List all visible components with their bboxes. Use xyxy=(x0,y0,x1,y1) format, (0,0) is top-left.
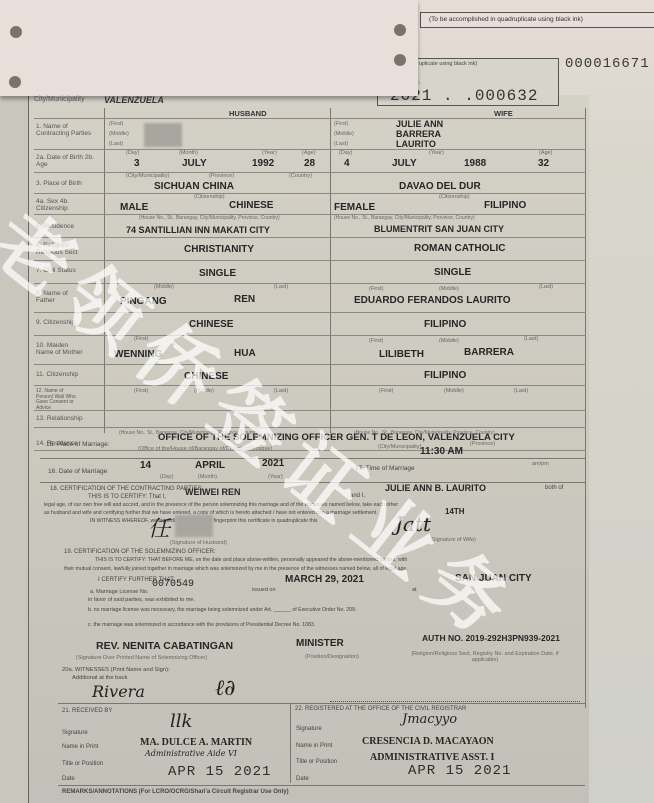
wife-signature-caption: (Signature of Wife) xyxy=(430,537,476,543)
punch-hole xyxy=(394,54,406,66)
wife-signature: Jatt xyxy=(395,512,431,536)
husband-residence: 74 SANTILLIAN INN MAKATI CITY xyxy=(126,225,270,235)
address-caption: (House No., St., Barangay, City/Municipa… xyxy=(334,215,475,221)
issued-on-date: MARCH 29, 2021 xyxy=(285,574,364,585)
row-father-citizenship: 9. Citizenship CHINESE FILIPINO xyxy=(34,313,586,336)
husband-father-citizenship: CHINESE xyxy=(189,319,233,330)
husband-birth-day: 3 xyxy=(134,158,140,169)
first-caption: (First) xyxy=(379,388,393,394)
cert-officer-title: 19. CERTIFICATION OF THE SOLEMNIZING OFF… xyxy=(64,549,216,555)
row-name: 1. Name of Contracting Parties (First) (… xyxy=(34,119,586,150)
wife-religion: ROMAN CATHOLIC xyxy=(414,243,505,254)
date-of-marriage-label: 16. Date of Marriage xyxy=(48,468,107,475)
city-caption: (City/Municipality) xyxy=(126,173,169,179)
received-date-stamp: APR 15 2021 xyxy=(168,764,271,780)
row-father: 8. Name of Father (Middle) (Last) PINGAN… xyxy=(34,284,586,313)
at-label: at xyxy=(412,587,417,593)
day-caption: (Day) xyxy=(160,474,173,480)
position-caption: (Position/Designation) xyxy=(305,654,359,660)
husband-mother-first: WENNING xyxy=(114,349,162,360)
divider xyxy=(40,482,585,483)
wife-age: 32 xyxy=(538,158,549,169)
marriage-month: APRIL xyxy=(195,460,225,471)
country-caption: (Country) xyxy=(289,173,312,179)
husband-header: HUSBAND xyxy=(229,109,267,118)
divider xyxy=(58,785,585,786)
row-relationship: 13. Relationship xyxy=(34,411,586,428)
middle-caption: (Middle) xyxy=(334,131,354,137)
last-caption: (Last) xyxy=(524,336,538,342)
middle-caption: (Middle) xyxy=(109,131,129,137)
sex-citizenship-label: 4a. Sex 4b. Citizenship xyxy=(36,198,91,212)
registered-date-stamp: APR 15 2021 xyxy=(408,763,511,779)
cert-parties-line2: legal age, of our own free will and acco… xyxy=(44,502,584,508)
witnesses-sub: Additional at the back xyxy=(72,675,127,681)
middle-caption: (Middle) xyxy=(444,388,464,394)
mother-label: 10. Maiden Name of Mother xyxy=(36,342,86,356)
husband-birth-month: JULY xyxy=(182,158,207,169)
birth-label: 2a. Date of Birth 2b. Age xyxy=(36,154,96,168)
first-caption: (First) xyxy=(369,338,383,344)
cert-officer-line1: THIS IS TO CERTIFY: THAT BEFORE ME, on t… xyxy=(95,557,585,563)
officer-caption: (Signature Over Printed Name of Solemniz… xyxy=(76,655,207,661)
last-caption: (Last) xyxy=(274,284,288,290)
punch-hole xyxy=(9,76,21,88)
wife-birth-day: 4 xyxy=(344,158,350,169)
party-details: HUSBAND WIFE 1. Name of Contracting Part… xyxy=(34,108,586,451)
first-caption: (First) xyxy=(334,121,348,127)
remarks-label: REMARKS/ANNOTATIONS (For LCRO/OCRG/Shari… xyxy=(62,789,289,795)
month-caption: (Month) xyxy=(179,150,198,156)
husband-mother-citizenship: CHINESE xyxy=(184,371,228,382)
registered-name: CRESENCIA D. MACAYAON xyxy=(362,736,494,747)
punch-hole xyxy=(394,24,406,36)
first-caption: (First) xyxy=(134,336,148,342)
place-of-marriage-value: OFFICE OF THE SOLEMNIZING OFFICER GEN. T… xyxy=(158,432,515,443)
divider xyxy=(40,458,585,459)
received-by-title: 21. RECEIVED BY xyxy=(62,708,112,714)
husband-father-first: PINGANG xyxy=(120,296,167,307)
and-label: and I, xyxy=(350,493,365,499)
officer-name: REV. NENITA CABATINGAN xyxy=(96,640,233,652)
received-name: MA. DULCE A. MARTIN xyxy=(140,737,252,748)
wife-header: WIFE xyxy=(494,109,513,118)
license-note: in favor of said parties, was exhibited … xyxy=(88,597,195,603)
religion-label: 6. Religion/ Religious Sect xyxy=(36,242,91,256)
relationship-label: 13. Relationship xyxy=(36,415,83,422)
row-sex-citizenship: 4a. Sex 4b. Citizenship (Citizenship) MA… xyxy=(34,194,586,215)
received-signature-label: Signature xyxy=(62,730,88,736)
registered-title-label: Title or Position xyxy=(296,759,337,765)
last-caption: (Last) xyxy=(274,388,288,394)
husband-civil-status: SINGLE xyxy=(199,268,236,279)
registered-name-label: Name in Print xyxy=(296,743,332,749)
name-label: 1. Name of Contracting Parties xyxy=(36,123,96,137)
place-of-birth-label: 3. Place of Birth xyxy=(36,180,82,187)
cert-parties-line1: THIS IS TO CERTIFY: That I, xyxy=(88,494,166,500)
witnesses-label: 20a. WITNESSES (Print Name and Sign): xyxy=(62,667,170,673)
issued-on-label: issued on xyxy=(252,587,276,593)
first-caption: (First) xyxy=(369,286,383,292)
husband-age: 28 xyxy=(304,158,315,169)
middle-caption: (Middle) xyxy=(439,338,459,344)
officer-position: MINISTER xyxy=(296,638,344,649)
day-written: 14TH xyxy=(445,507,465,516)
issued-at: SAN JUAN CITY xyxy=(455,573,532,584)
husband-birth-year: 1992 xyxy=(252,158,274,169)
wife-mother-last: BARRERA xyxy=(464,347,514,358)
marriage-year: 2021 xyxy=(262,458,284,469)
row-residence: 5. Residence (House No., St., Barangay, … xyxy=(34,215,586,238)
day-caption: (Day) xyxy=(339,150,352,156)
wife-last-name: LAURITO xyxy=(396,139,436,149)
place-of-marriage-label: 15. Place of Marriage: xyxy=(46,441,110,448)
time-of-marriage-label: 17. Time of Marriage xyxy=(355,465,415,472)
cert-officer-line2: their mutual consent, lawfully joined to… xyxy=(64,566,584,572)
received-name-label: Name in Print xyxy=(62,744,98,750)
wife-mother-citizenship: FILIPINO xyxy=(424,370,466,381)
cert-parties-title: 18. CERTIFICATION OF THE CONTRACTING PAR… xyxy=(50,486,203,492)
row-mother-citizenship: 11. Citizenship CHINESE FILIPINO xyxy=(34,365,586,386)
registered-date-label: Date xyxy=(296,776,309,782)
option-c: c. the marriage was solemnized in accord… xyxy=(88,622,315,628)
redacted-husband-name xyxy=(144,123,182,147)
father-label: 8. Name of Father xyxy=(36,290,86,304)
divider xyxy=(58,703,585,704)
first-caption: (First) xyxy=(134,388,148,394)
civil-status-label: 7. Civil Status xyxy=(36,267,76,274)
husband-mother-last: HUA xyxy=(234,348,256,359)
last-caption: (Last) xyxy=(539,284,553,290)
wife-birth-month: JULY xyxy=(392,158,417,169)
wife-residence: BLUMENTRIT SAN JUAN CITY xyxy=(374,224,504,234)
middle-caption: (Middle) xyxy=(194,388,214,394)
registered-signature: Jmacyyo xyxy=(402,712,457,727)
license-label: a. Marriage License No. xyxy=(90,589,148,595)
city-caption: (City/Municipality) xyxy=(378,444,421,450)
registered-signature-label: Signature xyxy=(296,726,322,732)
wife-signatory-name: JULIE ANN B. LAURITO xyxy=(385,483,486,493)
row-civil-status: 7. Civil Status SINGLE SINGLE xyxy=(34,261,586,284)
husband-place-of-birth: SICHUAN CHINA xyxy=(154,181,234,192)
father-citizenship-label: 9. Citizenship xyxy=(36,319,75,326)
day-caption: (Day) xyxy=(126,150,139,156)
wife-sex: FEMALE xyxy=(334,202,375,213)
wife-civil-status: SINGLE xyxy=(434,267,471,278)
witness-signature: Rivera xyxy=(92,682,145,701)
column-headers: HUSBAND WIFE xyxy=(34,108,586,119)
received-title: Administrative Aide VI xyxy=(145,749,237,758)
citizenship-caption: (Citizenship) xyxy=(439,194,470,200)
wife-citizenship: FILIPINO xyxy=(484,200,526,211)
row-mother: 10. Maiden Name of Mother (First) WENNIN… xyxy=(34,336,586,365)
province-caption: (Province) xyxy=(470,441,495,447)
last-caption: (Last) xyxy=(109,141,123,147)
middle-caption: (Middle) xyxy=(439,286,459,292)
punch-hole xyxy=(10,26,22,38)
serial-number: 000016671 xyxy=(565,56,650,72)
received-title-label: Title or Position xyxy=(62,761,103,767)
year-caption: (Year) xyxy=(268,474,283,480)
column-divider xyxy=(290,703,291,783)
city-label: City/Municipality xyxy=(34,96,85,103)
registered-title: ADMINISTRATIVE ASST. I xyxy=(370,752,494,763)
last-caption: (Last) xyxy=(334,141,348,147)
address-caption: (House No., St., Barangay, City/Municipa… xyxy=(139,215,280,221)
year-caption: (Year) xyxy=(429,150,444,156)
mother-citizenship-label: 11. Citizenship xyxy=(36,371,78,378)
consent-label: 12. Name of Person/ Wali Who Gave Consen… xyxy=(36,389,81,411)
auth-number: AUTH NO. 2019-292H3PN939-2021 xyxy=(422,633,560,643)
husband-signature-caption: (Signature of Husband) xyxy=(170,540,227,546)
witness-signature-2: ℓ∂ xyxy=(215,675,236,701)
row-birth: 2a. Date of Birth 2b. Age (Day) (Month) … xyxy=(34,150,586,173)
husband-citizenship: CHINESE xyxy=(229,200,273,211)
wife-first-name: JULIE ANN xyxy=(396,119,443,129)
age-caption: (Age) xyxy=(539,150,552,156)
time-of-marriage-value: 11:30 AM xyxy=(420,446,463,457)
city-value: VALENZUELA xyxy=(104,95,164,105)
top-flap xyxy=(0,0,418,96)
husband-signatory-name: WEIWEI REN xyxy=(185,487,241,497)
husband-signature: 任 xyxy=(148,512,170,543)
middle-caption: (Middle) xyxy=(154,284,174,290)
received-date-label: Date xyxy=(62,776,75,782)
marriage-day: 14 xyxy=(140,460,151,471)
instruction-note: (To be accomplished in quadruplicate usi… xyxy=(420,12,654,28)
row-religion: 6. Religion/ Religious Sect CHRISTIANITY… xyxy=(34,238,586,261)
year-caption: (Year) xyxy=(262,150,277,156)
husband-sex: MALE xyxy=(120,202,148,213)
received-signature: llk xyxy=(170,711,192,732)
cert-parties-line3: as husband and wife and certifying furth… xyxy=(44,510,584,516)
month-caption: (Month) xyxy=(198,474,217,480)
wife-middle-name: BARRERA xyxy=(396,129,441,139)
wife-place-of-birth: DAVAO DEL DUR xyxy=(399,181,481,192)
age-caption: (Age) xyxy=(302,150,315,156)
row-place-of-birth: 3. Place of Birth (City/Municipality) (P… xyxy=(34,173,586,194)
wife-father-name: EDUARDO FERANDOS LAURITO xyxy=(354,295,510,306)
ampm-caption: am/pm xyxy=(532,461,549,467)
place-caption: (Office of the/House of/Barangay of/Chur… xyxy=(138,446,272,452)
province-caption: (Province) xyxy=(209,173,234,179)
redacted-signature xyxy=(175,515,213,537)
wife-mother-first: LILIBETH xyxy=(379,349,424,360)
option-b: b. no marriage license was necessary, th… xyxy=(88,607,356,613)
auth-caption: (Religion/Religious Sect, Registry No. a… xyxy=(410,651,560,663)
wife-birth-year: 1988 xyxy=(464,158,486,169)
wife-father-citizenship: FILIPINO xyxy=(424,319,466,330)
husband-father-last: REN xyxy=(234,294,255,305)
both-of-label: both of xyxy=(545,485,563,491)
citizenship-caption: (Citizenship) xyxy=(194,194,225,200)
first-caption: (First) xyxy=(109,121,123,127)
last-caption: (Last) xyxy=(514,388,528,394)
residence-label: 5. Residence xyxy=(36,223,74,230)
license-number: 0070549 xyxy=(152,579,194,590)
husband-religion: CHRISTIANITY xyxy=(184,244,254,255)
city-row: City/Municipality VALENZUELA xyxy=(34,96,374,108)
row-consent: 12. Name of Person/ Wali Who Gave Consen… xyxy=(34,386,586,411)
